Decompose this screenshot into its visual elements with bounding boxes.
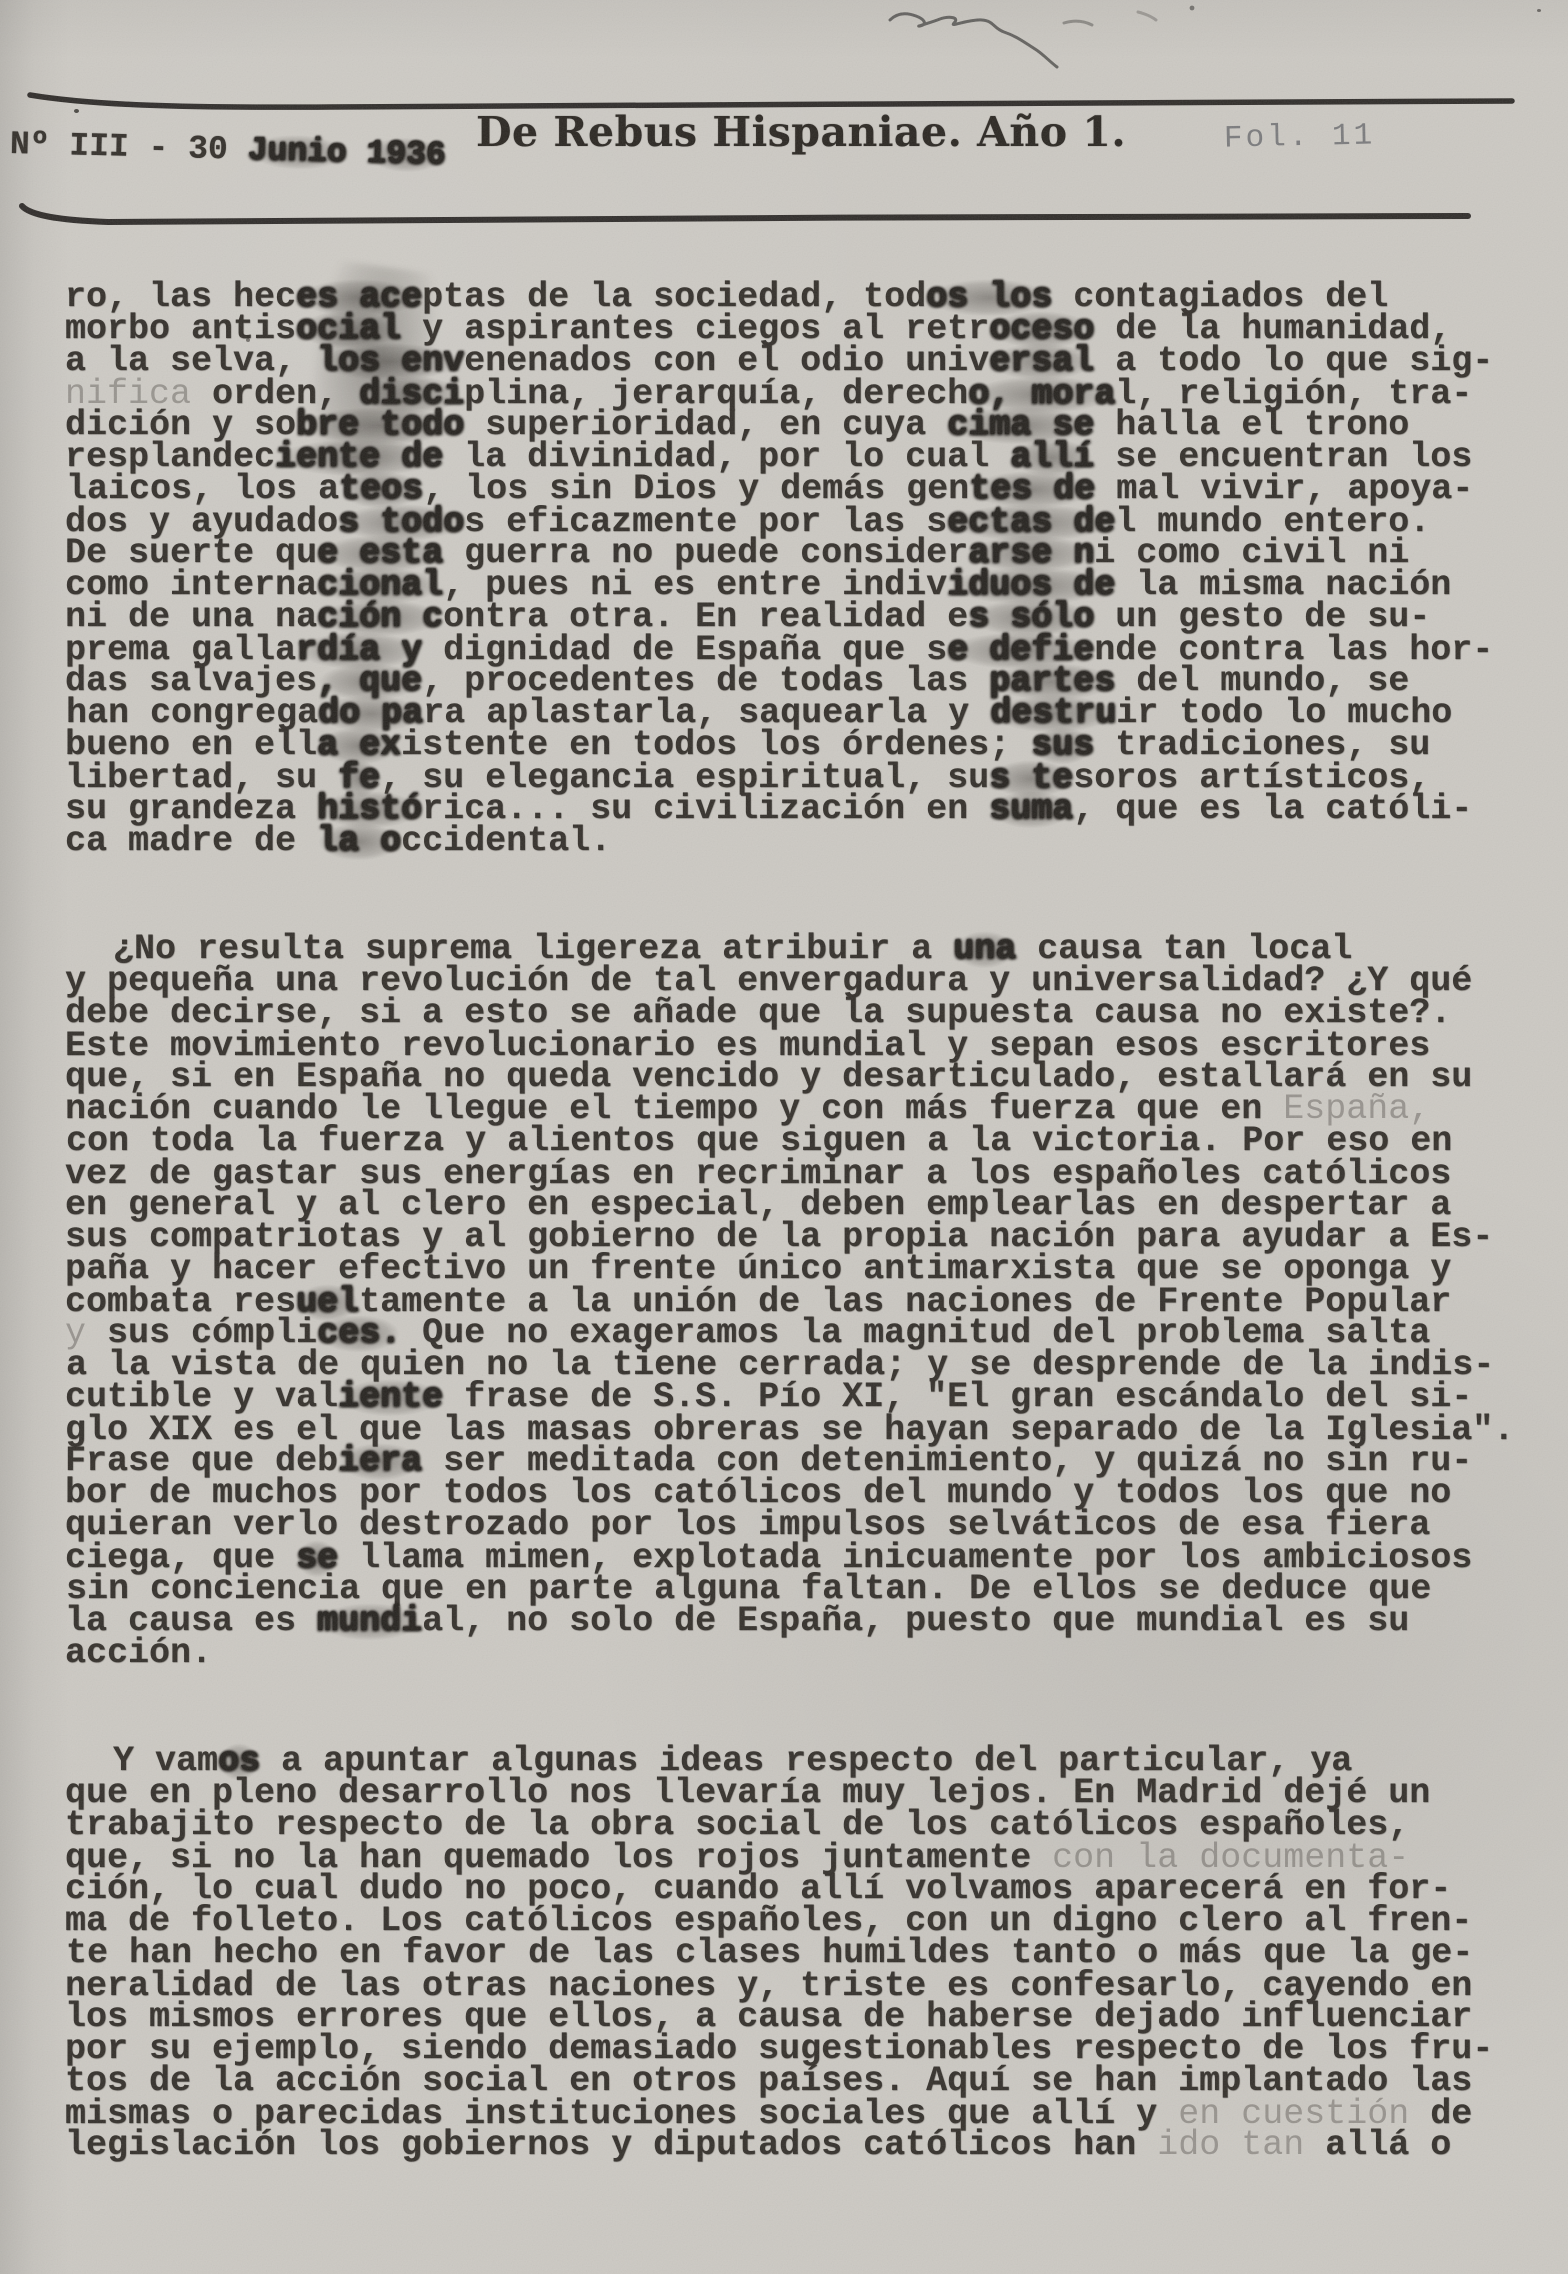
text-line: ca madre de la occidental. [65, 825, 1495, 857]
text-line: laicos, los ateos, los sin Dios y demás … [66, 473, 1496, 505]
text-line: con toda la fuerza y alientos que siguen… [66, 1125, 1496, 1157]
paragraph: ro, las heces aceptas de la sociedad, to… [65, 281, 1495, 857]
text-line: neralidad de las otras naciones y, trist… [65, 1970, 1495, 2002]
text-line: te han hecho en favor de las clases humi… [66, 1937, 1496, 1969]
text-line: ni de una nación contra otra. En realida… [65, 601, 1495, 633]
text-line: prema gallardía y dignidad de España que… [65, 634, 1495, 666]
ink-speck [1537, 9, 1541, 12]
pencil-mark [850, 0, 1250, 70]
text-line: Este movimiento revolucionario es mundia… [65, 1030, 1495, 1062]
faint-text: en cuestión [1178, 2094, 1409, 2134]
text-line: sin conciencia que en parte alguna falta… [66, 1573, 1496, 1605]
folio-number: Fol. 11 [1224, 118, 1376, 156]
ink-speck [1190, 6, 1195, 11]
text-line: a la selva, los envenenados con el odio … [65, 345, 1495, 377]
text-line: combata resueltamente a la unión de las … [65, 1286, 1495, 1318]
overstruck-text: Junio [247, 132, 347, 171]
paragraph: Y vamos a apuntar algunas ideas respecto… [65, 1745, 1495, 2161]
overstruck-text: suma [989, 789, 1073, 829]
text-line: nifica orden, disciplina, jerarquía, der… [65, 378, 1495, 410]
text-line: tos de la acción social en otros países.… [65, 2065, 1495, 2097]
overstruck-text: iera [338, 1441, 422, 1481]
text-line: la causa es mundial, no solo de España, … [65, 1605, 1495, 1637]
scanned-document-page: Nº III - 30 Junio 1936 De Rebus Hispania… [0, 0, 1568, 2274]
text-line: dos y ayudados todos eficazmente por las… [65, 506, 1495, 538]
paragraph: ¿No resulta suprema ligereza atribuir a … [65, 933, 1495, 1669]
text-line: mismas o parecidas instituciones sociale… [65, 2098, 1495, 2130]
issue-number-and-date: Nº III - 30 Junio 1936 [10, 126, 446, 174]
text-line: glo XIX es el que las masas obreras se h… [65, 1414, 1495, 1446]
ink-speck [74, 109, 79, 113]
text-line: trabajito respecto de la obra social de … [65, 1809, 1495, 1841]
header-rule-bottom [0, 196, 1568, 242]
faint-text: con la documenta- [1052, 1838, 1409, 1878]
text-line: bueno en ella existente en todos los órd… [65, 729, 1495, 761]
text-line: a la vista de quien no la tiene cerrada;… [66, 1349, 1496, 1381]
text-line: han congregado para aplastarla, saquearl… [66, 697, 1496, 729]
text-line: paña y hacer efectivo un frente único an… [65, 1253, 1495, 1285]
text-line: libertad, su fe, su elegancia espiritual… [65, 762, 1495, 794]
overstruck-text: 1936 [366, 135, 446, 174]
overstruck-text: os [218, 1741, 260, 1781]
body-text: ro, las heces aceptas de la sociedad, to… [65, 281, 1495, 2161]
text-line: quieran verlo destrozado por los impulso… [65, 1509, 1495, 1541]
text-line: cutible y valiente frase de S.S. Pío XI,… [65, 1381, 1495, 1413]
text-line: debe decirse, si a esto se añade que la … [65, 997, 1495, 1029]
text-line: acción. [65, 1637, 1495, 1669]
text-line: vez de gastar sus energías en recriminar… [65, 1158, 1495, 1190]
faint-text: nifica [65, 374, 191, 414]
text-line: que, si no la han quemado los rojos junt… [65, 1842, 1495, 1874]
overstruck-text: una [953, 929, 1016, 969]
overstruck-text: la o [317, 821, 401, 861]
masthead-title: De Rebus Hispaniae. Año 1. [476, 108, 1126, 156]
overstruck-text: mundi [317, 1601, 422, 1641]
